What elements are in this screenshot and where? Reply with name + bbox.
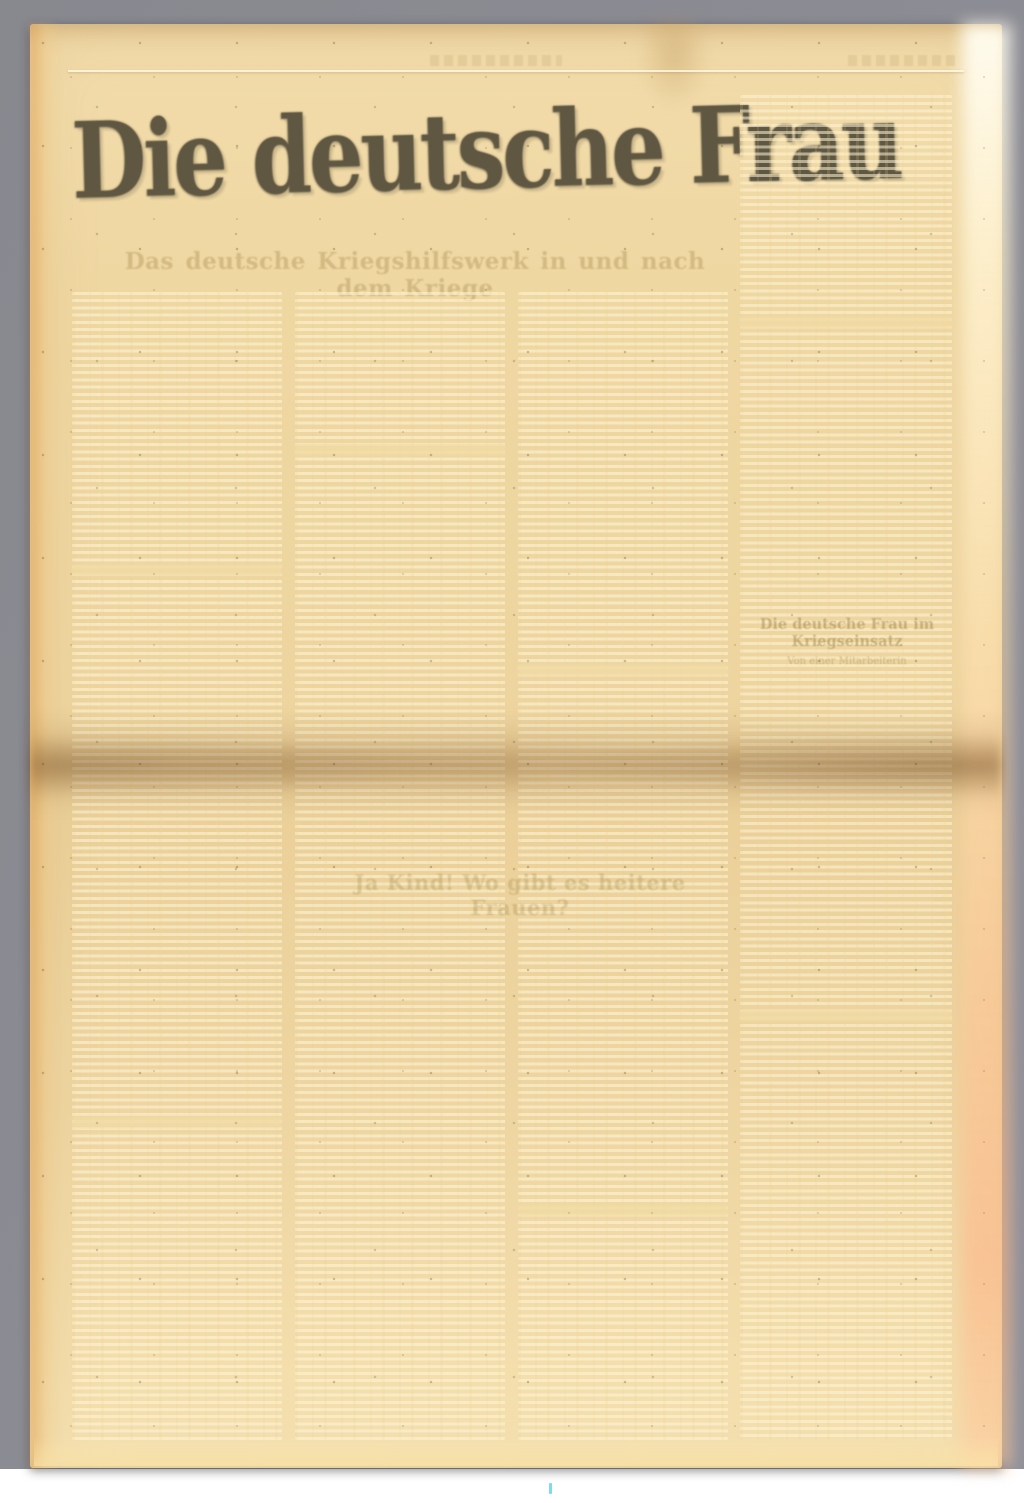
column4-headline-line1: Die deutsche Frau im Kriegseinsatz [736,616,958,650]
masthead-title: Die deutsche Frau [70,54,774,254]
photo-of-newspaper: Die deutsche Frau Das deutsche Kriegshil… [0,0,1024,1503]
page-bottom-margin [34,1436,998,1466]
text-column-3 [518,292,728,1440]
paragraph-break [518,664,728,676]
text-column-2 [295,292,505,1440]
text-column-1 [72,292,282,1440]
fold-crease [30,712,1002,816]
newspaper-page: Die deutsche Frau Das deutsche Kriegshil… [30,24,1002,1468]
paragraph-break [72,564,282,576]
paragraph-break [740,316,952,328]
scan-artifact [549,1483,552,1494]
column4-headline: Die deutsche Frau im Kriegseinsatz Von e… [736,616,958,667]
scan-white-margin [0,1469,1024,1503]
mid-page-headline: Ja Kind! Wo gibt es heitere Frauen? [310,870,730,920]
column4-headline-byline: Von einer Mitarbeiterin [736,656,958,667]
paragraph-break [72,1116,282,1128]
dateline-faded-right [848,55,960,66]
paragraph-break [518,1204,728,1216]
paragraph-break [295,444,505,456]
paragraph-break [740,1010,952,1022]
